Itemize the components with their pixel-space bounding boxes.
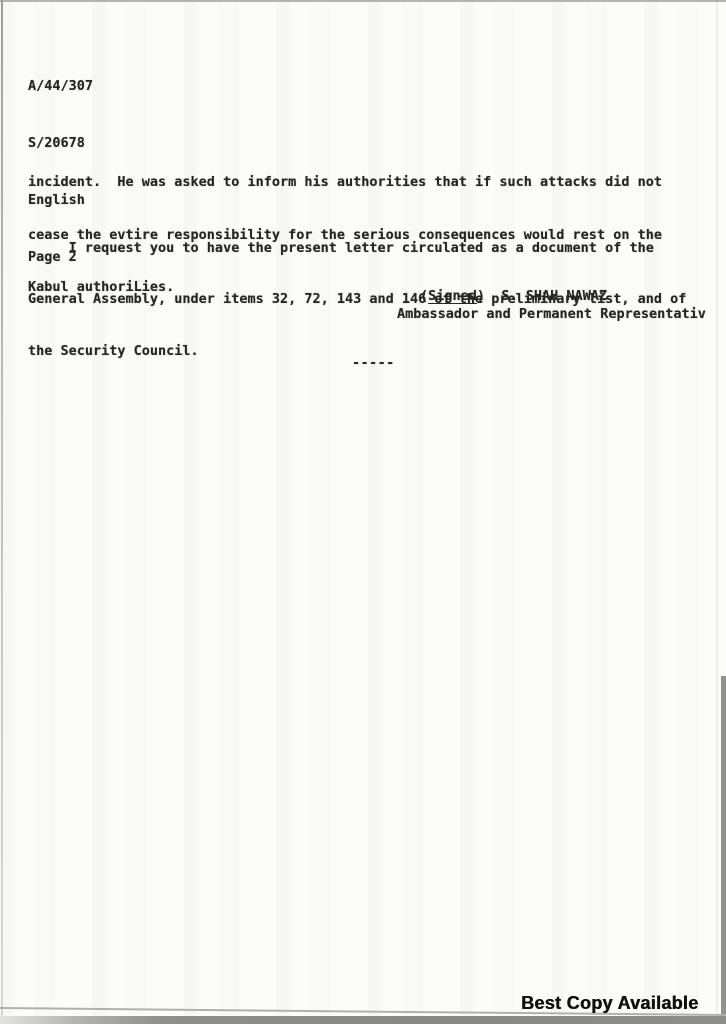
doc-symbol-assembly: A/44/307 <box>28 77 93 96</box>
text-line: I request you to have the present letter… <box>28 240 686 257</box>
scan-edge-left <box>1 0 3 1024</box>
signatory-name: S. SHAH NAWAZ <box>485 288 607 304</box>
signed-word: Signed <box>428 288 477 304</box>
separator-dashes: ----- <box>352 355 395 371</box>
scan-bottom-strip <box>0 1016 726 1024</box>
best-copy-stamp: Best Copy Available <box>521 993 698 1014</box>
signatory-title: Ambassador and Permanent Representativ <box>397 306 706 322</box>
scan-edge-right-line <box>716 0 718 1024</box>
scan-edge-right-bar <box>721 676 726 1024</box>
paren-close: ) <box>477 288 485 304</box>
paren-open: ( <box>420 288 428 304</box>
scan-edge-top <box>0 0 726 2</box>
signature-line: (Signed) S. SHAH NAWAZ <box>420 288 607 304</box>
document-page: A/44/307 S/20678 English Page 2 incident… <box>0 0 726 1024</box>
text-line: incident. He was asked to inform his aut… <box>28 174 662 192</box>
